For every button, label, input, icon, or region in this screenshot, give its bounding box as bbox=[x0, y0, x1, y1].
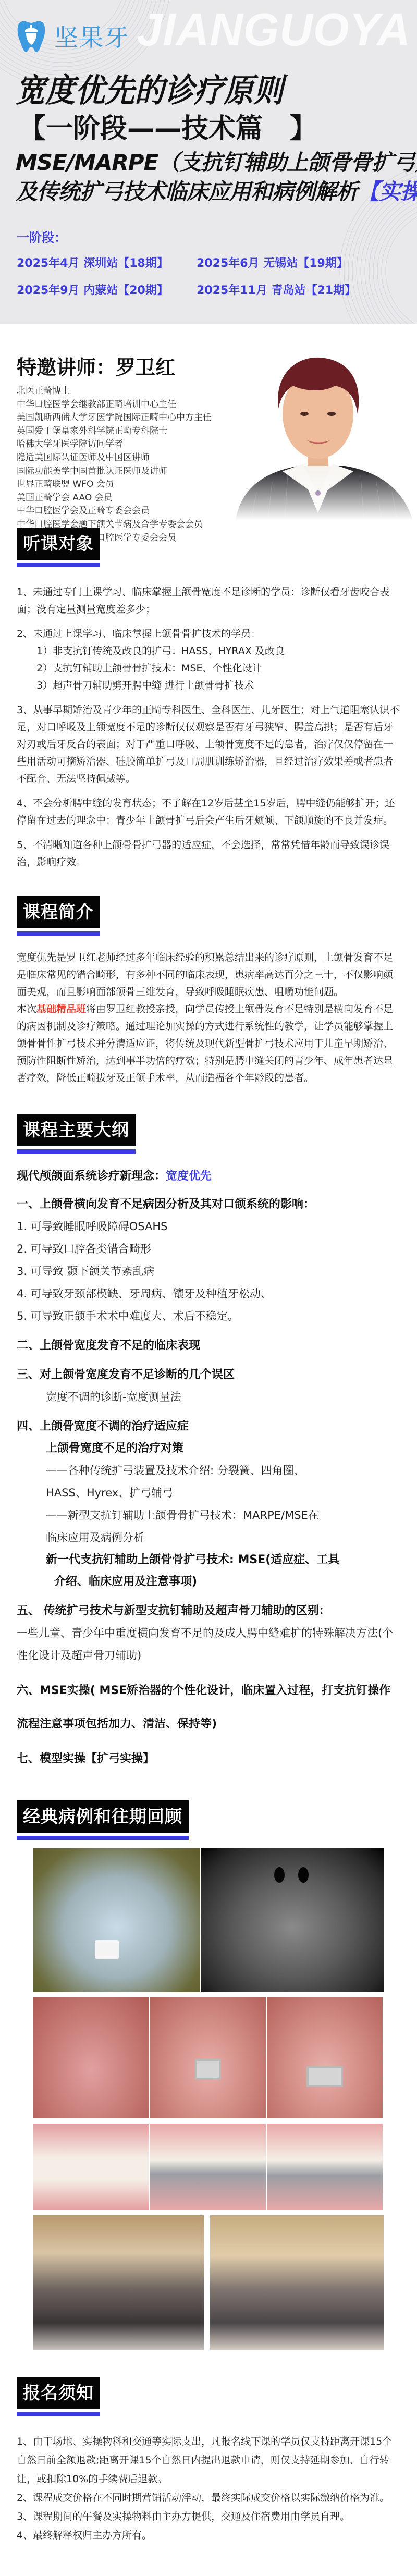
outline-section-4: 四、上颌骨宽度不调的治疗适应症 bbox=[17, 1416, 400, 1438]
credential-item: 中华口腔医学会继教部正畸培训中心主任 bbox=[17, 398, 212, 412]
course-poster: 坚果牙 JIANGUOYA 宽度优先的诊疗原则 【一阶段——技术篇 】 MSE/… bbox=[0, 0, 417, 2576]
spacer bbox=[17, 1408, 400, 1416]
intro-rest: 将由罗卫红教授亲授，向学员传授上颌骨发育不足特别是横向发育不足的病因机制及诊疗策… bbox=[17, 1003, 393, 1084]
speaker-portrait bbox=[220, 341, 416, 520]
audience-subitem: 3）超声骨刀辅助劈开腭中缝 进行上颌骨骨扩技术 bbox=[17, 677, 400, 694]
hands-on-tag: 【实操】 bbox=[358, 179, 417, 204]
section-heading: 课程主要大纲 bbox=[17, 1114, 136, 1154]
intro-prefix: 本次 bbox=[17, 1003, 36, 1015]
upper-arch-expanded-photo bbox=[267, 1997, 383, 2118]
workshop-photo-2 bbox=[210, 2215, 384, 2350]
session-item: 2025年4月 深圳站【18期】 bbox=[17, 257, 197, 271]
hero-title: 宽度优先的诊疗原则 【一阶段——技术篇 】 bbox=[16, 71, 317, 147]
outline-subitem: ——各种传统扩弓装置及技术介绍: 分裂簧、四角圈、 bbox=[17, 1459, 400, 1482]
intro-paragraph: 本次基础精品班将由罗卫红教授亲授，向学员传授上颌骨发育不足特别是横向发育不足的病… bbox=[17, 1001, 400, 1087]
notice-heading: 报名须知 bbox=[17, 2377, 100, 2409]
session-item: 2025年6月 无锡站【19期】 bbox=[197, 257, 376, 271]
outline-section-7: 七、模型实操【扩弓实操】 bbox=[17, 1748, 400, 1770]
workshop-photo-1 bbox=[33, 2215, 204, 2350]
nasal-cavity-shape bbox=[298, 1867, 309, 1883]
heading-underline bbox=[17, 931, 100, 936]
outline-section-5: 五、 传统扩弓技术与新型支抗钉辅助及超声骨刀辅助的区别： bbox=[17, 1600, 400, 1622]
intro-heading: 课程简介 bbox=[17, 896, 100, 928]
notice-section: 报名须知 1、由于场地、实操物料和交通等实际支出，凡报名线下课的学员仅支持距离开… bbox=[0, 2377, 417, 2576]
upper-arch-before-photo bbox=[33, 1997, 149, 2118]
gallery-row bbox=[33, 2124, 384, 2210]
credential-item: 国际功能美学中国首批认证医师及讲师 bbox=[17, 465, 212, 479]
intro-paragraph: 宽度优先是罗卫红老师经过多年临床经验的积累总结出来的诊疗原则，上颌骨发育不足是临… bbox=[17, 949, 400, 1001]
credential-item: 中华口腔医学会及正畸专委会会员 bbox=[17, 505, 212, 518]
section-heading: 报名须知 bbox=[17, 2377, 100, 2416]
notice-item: 3、课程期间的午餐及实操物料由主办方提供，交通及住宿费用由学员自理。 bbox=[17, 2507, 400, 2526]
upper-arch-mse-photo bbox=[150, 1997, 266, 2118]
heading-underline bbox=[17, 1149, 136, 1154]
audience-item: 3、从事早期矫治及青少年的正畸专科医生、全科医生、儿牙医生；对上气道阻塞认识不足… bbox=[17, 702, 400, 788]
audience-item: 4、不会分析腭中缝的发育状态；不了解在12岁后甚至15岁后，腭中缝仍能够扩开；还… bbox=[17, 795, 400, 829]
credential-item: 北医正畸博士 bbox=[17, 385, 212, 398]
audience-list: 1、未通过专门上课学习、临床掌握上颌骨宽度不足诊断的学员：诊断仅看牙齿咬合表面；… bbox=[0, 584, 417, 871]
audience-item: 5、不清晰知道各种上颌骨骨扩弓器的适应症，不会选择，常常凭借年龄而导致误诊误治，… bbox=[17, 837, 400, 871]
session-row: 2025年4月 深圳站【18期】 2025年6月 无锡站【19期】 bbox=[17, 257, 376, 271]
lead-label: 现代颅颌面系统诊疗新理念： bbox=[17, 1170, 166, 1183]
outline-subitem: HASS、Hyrex、扩弓辅弓 bbox=[17, 1482, 400, 1504]
tooth-acorn-icon bbox=[16, 19, 47, 53]
spacer bbox=[17, 1593, 400, 1600]
frontal-before-photo bbox=[33, 2124, 149, 2210]
audience-item: 2、未通过上课学习、临床掌握上颌骨骨扩技术的学员： bbox=[17, 625, 400, 643]
gallery-row bbox=[33, 2215, 384, 2350]
intro-section: 课程简介 宽度优先是罗卫红老师经过多年临床经验的积累总结出来的诊疗原则，上颌骨发… bbox=[0, 896, 417, 1087]
section-heading: 听课对象 bbox=[17, 528, 100, 567]
audience-subitem: 1）非支抗钉传统及改良的扩弓：HASS、HYRAX 及改良 bbox=[17, 643, 400, 660]
notice-item: 1、由于场地、实操物料和交通等实际支出，凡报名线下课的学员仅支持距离开课15个自… bbox=[17, 2432, 400, 2488]
frontal-diastema-photo bbox=[150, 2124, 266, 2210]
occlusal-xray-photo bbox=[33, 1848, 200, 1992]
cases-heading: 经典病例和往期回顾 bbox=[17, 1800, 189, 1833]
cases-section: 经典病例和往期回顾 bbox=[0, 1800, 417, 2350]
credential-item: 哈佛大学牙医学院访问学者 bbox=[17, 438, 212, 451]
speaker-title: 特邀讲师：罗卫红 bbox=[17, 351, 175, 380]
ct-scan-photo bbox=[201, 1848, 384, 1992]
spacer bbox=[17, 1328, 400, 1335]
logo-text: 坚果牙 bbox=[54, 19, 129, 53]
section-heading: 课程简介 bbox=[17, 896, 100, 936]
outline-subitem: 宽度不调的诊断-宽度测量法 bbox=[17, 1386, 400, 1408]
credential-item: 美国正畸学会 AAO 会员 bbox=[17, 492, 212, 505]
case-gallery bbox=[0, 1848, 417, 2350]
credential-item: 世界正畸联盟 WFO 会员 bbox=[17, 478, 212, 492]
spacer bbox=[17, 1741, 400, 1748]
section-heading: 经典病例和往期回顾 bbox=[17, 1800, 189, 1840]
hero-subtitle: MSE/MARPE（支抗钉辅助上颌骨骨扩弓） 及传统扩弓技术临床应用和病例解析【… bbox=[16, 148, 412, 206]
mse-appliance-icon bbox=[306, 2066, 343, 2087]
notice-item: 4、最终解释权归主办方所有。 bbox=[17, 2526, 400, 2545]
intro-body: 宽度优先是罗卫红老师经过多年临床经验的积累总结出来的诊疗原则，上颌骨发育不足是临… bbox=[0, 949, 417, 1087]
outline-section-2: 二、上颌骨宽度发育不足的临床表现 bbox=[17, 1335, 400, 1357]
expander-screw-icon bbox=[95, 1940, 119, 1959]
outline-subtitle: 上颌骨宽度不足的治疗对策 bbox=[17, 1438, 400, 1459]
stage-label: 一阶段： bbox=[17, 227, 376, 246]
outline-lead: 现代颅颌面系统诊疗新理念：宽度优先 bbox=[17, 1167, 400, 1183]
hero-subtitle-line2: 及传统扩弓技术临床应用和病例解析【实操】 bbox=[16, 177, 412, 206]
outline-item: 2. 可导致口腔各类错合畸形 bbox=[17, 1238, 400, 1260]
heading-underline bbox=[17, 1836, 189, 1840]
outline-section: 课程主要大纲 现代颅颌面系统诊疗新理念：宽度优先 一、上颌骨横向发育不足病因分析… bbox=[0, 1114, 417, 1770]
session-item: 2025年9月 内蒙站【20期】 bbox=[17, 284, 197, 298]
audience-subitem: 2）支抗钉辅助上颌骨骨扩技术：MSE、个性化设计 bbox=[17, 660, 400, 677]
session-item: 2025年11月 青岛站【21期】 bbox=[197, 284, 376, 298]
mse-appliance-icon bbox=[195, 2059, 221, 2080]
notice-list: 1、由于场地、实操物料和交通等实际支出，凡报名线下课的学员仅支持距离开课15个自… bbox=[0, 2432, 417, 2545]
lead-accent: 宽度优先 bbox=[166, 1170, 212, 1183]
outline-text: 一些儿童、青少年中重度横向发育不足的及成人腭中缝难扩的特殊解决方法(个性化设计及… bbox=[17, 1622, 400, 1667]
hero-title-line2: 【一阶段——技术篇 】 bbox=[19, 111, 317, 147]
audience-heading: 听课对象 bbox=[17, 528, 100, 560]
speaker-section: 特邀讲师：罗卫红 北医正畸博士 中华口腔医学会继教部正畸培训中心主任 美国凯斯西… bbox=[0, 324, 417, 522]
credential-item: 隐适美国际认证医师及中国区讲师 bbox=[17, 451, 212, 465]
audience-item: 1、未通过专门上课学习、临床掌握上颌骨宽度不足诊断的学员：诊断仅看牙齿咬合表面；… bbox=[17, 584, 400, 618]
brand-english-name: JIANGUOYA bbox=[137, 3, 411, 56]
outline-body: 现代颅颌面系统诊疗新理念：宽度优先 一、上颌骨横向发育不足病因分析及其对口颌系统… bbox=[0, 1167, 417, 1770]
spacer bbox=[17, 1357, 400, 1364]
session-row: 2025年9月 内蒙站【20期】 2025年11月 青岛站【21期】 bbox=[17, 284, 376, 298]
class-highlight: 基础精品班 bbox=[36, 1003, 86, 1015]
gallery-row bbox=[33, 1848, 384, 1992]
hero-subtitle-line1: MSE/MARPE（支抗钉辅助上颌骨骨扩弓） bbox=[16, 148, 412, 177]
heading-underline bbox=[17, 563, 100, 567]
outline-item: 3. 可导致 颞下颌关节紊乱病 bbox=[17, 1260, 400, 1283]
outline-subitem-bold: 新一代支抗钉辅助上颌骨骨扩弓技术: MSE(适应症、工具 bbox=[17, 1549, 400, 1571]
outline-subitem: ——新型支抗钉辅助上颌骨骨扩弓技术：MARPE/MSE在 bbox=[17, 1504, 400, 1527]
heading-underline bbox=[17, 2412, 100, 2416]
audience-section: 听课对象 1、未通过专门上课学习、临床掌握上颌骨宽度不足诊断的学员：诊断仅看牙齿… bbox=[0, 528, 417, 871]
outline-item: 4. 可导致牙颈部楔缺、牙周病、镶牙及种植牙松动、 bbox=[17, 1283, 400, 1305]
outline-item: 1. 可导致睡眠呼吸障碍OSAHS bbox=[17, 1216, 400, 1238]
gallery-row bbox=[33, 1997, 384, 2118]
notice-item: 2、课程成交价格在不同时期营销活动浮动，最终实际成交价格以实际缴纳价格为准。 bbox=[17, 2488, 400, 2507]
outline-item: 5. 可导致正颌手术术中难度大、术后不稳定。 bbox=[17, 1305, 400, 1328]
outline-subitem-bold: 介绍、临床应用及注意事项) bbox=[17, 1571, 400, 1593]
speaker-credentials: 北医正畸博士 中华口腔医学会继教部正畸培训中心主任 美国凯斯西储大学牙医学院国际… bbox=[17, 385, 212, 545]
credential-item: 美国凯斯西储大学牙医学院国际正畸中心中方主任 bbox=[17, 411, 212, 425]
frontal-diastema-wide-photo bbox=[267, 2124, 383, 2210]
hero-subtitle-line2-main: 及传统扩弓技术临床应用和病例解析 bbox=[16, 179, 358, 204]
outline-subitem: 临床应用及病例分析 bbox=[17, 1527, 400, 1549]
stage-schedule: 一阶段： 2025年4月 深圳站【18期】 2025年6月 无锡站【19期】 2… bbox=[17, 227, 376, 311]
credential-item: 英国爱丁堡皇家外科学院正畸专科院士 bbox=[17, 425, 212, 438]
brand-logo[interactable]: 坚果牙 bbox=[16, 19, 129, 53]
hero-title-line1: 宽度优先的诊疗原则 bbox=[16, 71, 293, 111]
portrait-fade bbox=[220, 341, 416, 520]
outline-section-1: 一、上颌骨横向发育不足病因分析及其对口颌系统的影响： bbox=[17, 1194, 400, 1216]
spacer bbox=[17, 1667, 400, 1674]
outline-section-3: 三、对上颌骨宽度发育不足诊断的几个误区 bbox=[17, 1364, 400, 1386]
outline-section-6: 六、MSE实操( MSE矫治器的个性化设计，临床置入过程，打支抗钉操作流程注意事… bbox=[17, 1674, 400, 1741]
nasal-cavity-shape bbox=[274, 1867, 285, 1883]
outline-heading: 课程主要大纲 bbox=[17, 1114, 136, 1146]
hero-banner: 坚果牙 JIANGUOYA 宽度优先的诊疗原则 【一阶段——技术篇 】 MSE/… bbox=[0, 0, 417, 324]
